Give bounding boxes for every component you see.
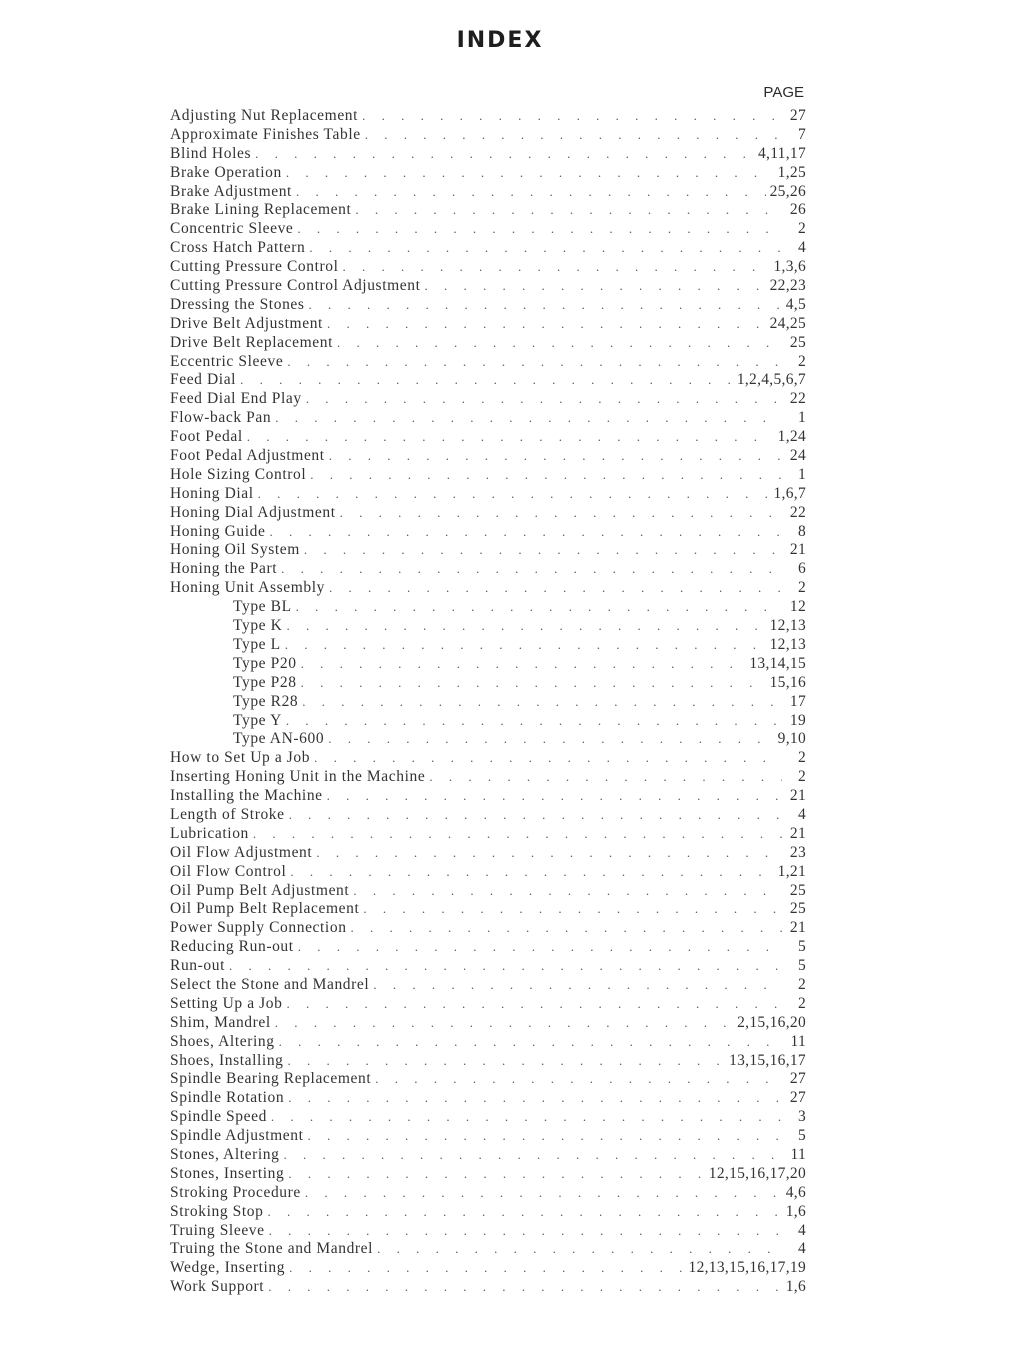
entry-page-numbers: 25	[782, 900, 806, 919]
entry-label: Cross Hatch Pattern	[170, 239, 309, 258]
entry-page-numbers: 2	[782, 220, 806, 239]
entry-label: Drive Belt Replacement	[170, 334, 337, 353]
index-entry: Eccentric Sleeve2	[170, 353, 806, 372]
entry-label: Lubrication	[170, 825, 253, 844]
dot-leader	[288, 1089, 782, 1108]
dot-leader	[271, 1108, 782, 1127]
entry-label: Honing the Part	[170, 560, 281, 579]
entry-page-numbers: 1,2,4,5,6,7	[733, 371, 806, 390]
dot-leader	[302, 693, 782, 712]
dot-leader	[355, 201, 782, 220]
entry-page-numbers: 12,13	[766, 617, 806, 636]
dot-leader	[328, 730, 773, 749]
dot-leader	[281, 560, 782, 579]
dot-leader	[288, 1165, 704, 1184]
entry-page-numbers: 25,26	[766, 183, 806, 202]
index-entry: Honing Guide8	[170, 523, 806, 542]
index-entry: Brake Adjustment25,26	[170, 183, 806, 202]
entry-label: Type P20	[170, 655, 301, 674]
dot-leader	[287, 995, 783, 1014]
dot-leader	[258, 485, 770, 504]
index-entry: Spindle Adjustment5	[170, 1127, 806, 1146]
entry-page-numbers: 4,11,17	[754, 145, 806, 164]
entry-page-numbers: 8	[782, 523, 806, 542]
dot-leader	[286, 164, 774, 183]
dot-leader	[327, 787, 782, 806]
index-entry: Honing Dial Adjustment22	[170, 504, 806, 523]
entry-page-numbers: 22,23	[766, 277, 806, 296]
entry-page-numbers: 12,13,15,16,17,19	[685, 1259, 806, 1278]
index-entries-list: Adjusting Nut Replacement27Approximate F…	[170, 107, 806, 1297]
index-entry: Stroking Stop1,6	[170, 1203, 806, 1222]
entry-page-numbers: 1,6	[782, 1278, 806, 1297]
entry-page-numbers: 9,10	[774, 730, 806, 749]
entry-page-numbers: 17	[782, 693, 806, 712]
index-entry: Length of Stroke4	[170, 806, 806, 825]
entry-label: Cutting Pressure Control Adjustment	[170, 277, 425, 296]
entry-page-numbers: 27	[782, 107, 806, 126]
index-entry: Brake Operation1,25	[170, 164, 806, 183]
page-column-header: PAGE	[740, 84, 804, 101]
entry-page-numbers: 2	[782, 353, 806, 372]
entry-page-numbers: 19	[782, 712, 806, 731]
entry-label: Truing the Stone and Mandrel	[170, 1240, 377, 1259]
entry-label: Stroking Stop	[170, 1203, 268, 1222]
dot-leader	[287, 353, 782, 372]
entry-label: Shoes, Installing	[170, 1052, 288, 1071]
dot-leader	[309, 296, 782, 315]
index-subentry: Type R2817	[170, 693, 806, 712]
index-entry: Concentric Sleeve2	[170, 220, 806, 239]
entry-page-numbers: 27	[782, 1070, 806, 1089]
dot-leader	[329, 447, 782, 466]
entry-label: Shoes, Altering	[170, 1033, 279, 1052]
dot-leader	[275, 409, 782, 428]
index-entry: Honing the Part6	[170, 560, 806, 579]
entry-label: Oil Flow Adjustment	[170, 844, 316, 863]
dot-leader	[255, 145, 754, 164]
index-entry: Blind Holes4,11,17	[170, 145, 806, 164]
index-entry: Shoes, Installing13,15,16,17	[170, 1052, 806, 1071]
index-entry: Oil Flow Adjustment23	[170, 844, 806, 863]
entry-label: Honing Guide	[170, 523, 269, 542]
index-entry: Spindle Rotation27	[170, 1089, 806, 1108]
index-entry: Honing Dial1,6,7	[170, 485, 806, 504]
dot-leader	[353, 882, 782, 901]
dot-leader	[310, 466, 782, 485]
index-subentry: Type P2815,16	[170, 674, 806, 693]
index-entry: Cross Hatch Pattern4	[170, 239, 806, 258]
entry-label: Stroking Procedure	[170, 1184, 305, 1203]
entry-page-numbers: 27	[782, 1089, 806, 1108]
entry-label: Flow-back Pan	[170, 409, 275, 428]
index-entry: Cutting Pressure Control1,3,6	[170, 258, 806, 277]
entry-label: Eccentric Sleeve	[170, 353, 287, 372]
index-entry: Stones, Inserting12,15,16,17,20	[170, 1165, 806, 1184]
dot-leader	[425, 277, 766, 296]
entry-page-numbers: 4,6	[782, 1184, 806, 1203]
index-entry: Stones, Altering11	[170, 1146, 806, 1165]
entry-page-numbers: 1,6,7	[770, 485, 807, 504]
entry-page-numbers: 12,13	[766, 636, 806, 655]
index-entry: Power Supply Connection21	[170, 919, 806, 938]
entry-label: Oil Flow Control	[170, 863, 290, 882]
entry-page-numbers: 21	[782, 825, 806, 844]
entry-page-numbers: 4	[782, 1222, 806, 1241]
index-entry: Cutting Pressure Control Adjustment22,23	[170, 277, 806, 296]
entry-label: Spindle Speed	[170, 1108, 271, 1127]
entry-label: Honing Unit Assembly	[170, 579, 329, 598]
index-entry: How to Set Up a Job2	[170, 749, 806, 768]
dot-leader	[269, 523, 782, 542]
entry-label: Honing Dial	[170, 485, 258, 504]
entry-page-numbers: 13,14,15	[745, 655, 806, 674]
entry-page-numbers: 2	[782, 749, 806, 768]
entry-label: Run-out	[170, 957, 229, 976]
index-entry: Dressing the Stones4,5	[170, 296, 806, 315]
entry-page-numbers: 21	[782, 919, 806, 938]
index-entry: Adjusting Nut Replacement27	[170, 107, 806, 126]
entry-label: Inserting Honing Unit in the Machine	[170, 768, 429, 787]
entry-label: Oil Pump Belt Replacement	[170, 900, 363, 919]
entry-label: Stones, Inserting	[170, 1165, 288, 1184]
dot-leader	[308, 1127, 782, 1146]
entry-label: Adjusting Nut Replacement	[170, 107, 362, 126]
entry-label: Power Supply Connection	[170, 919, 351, 938]
entry-page-numbers: 25	[782, 882, 806, 901]
entry-label: Honing Dial Adjustment	[170, 504, 340, 523]
dot-leader	[286, 617, 765, 636]
dot-leader	[329, 579, 782, 598]
index-entry: Spindle Bearing Replacement27	[170, 1070, 806, 1089]
entry-page-numbers: 11	[782, 1033, 806, 1052]
index-entry: Hole Sizing Control1	[170, 466, 806, 485]
entry-label: Stones, Altering	[170, 1146, 284, 1165]
entry-label: Approximate Finishes Table	[170, 126, 365, 145]
entry-label: Type R28	[170, 693, 302, 712]
entry-page-numbers: 1	[782, 466, 806, 485]
dot-leader	[284, 1146, 783, 1165]
dot-leader	[268, 1203, 782, 1222]
dot-leader	[365, 126, 782, 145]
entry-page-numbers: 2	[782, 976, 806, 995]
entry-page-numbers: 2	[782, 579, 806, 598]
entry-label: Reducing Run-out	[170, 938, 298, 957]
dot-leader	[247, 428, 774, 447]
dot-leader	[306, 390, 782, 409]
index-entry: Shoes, Altering11	[170, 1033, 806, 1052]
index-subentry: Type AN-6009,10	[170, 730, 806, 749]
dot-leader	[343, 258, 770, 277]
dot-leader	[309, 239, 782, 258]
entry-page-numbers: 4,5	[782, 296, 806, 315]
index-entry: Drive Belt Adjustment24,25	[170, 315, 806, 334]
index-entry: Wedge, Inserting12,13,15,16,17,19	[170, 1259, 806, 1278]
index-entry: Oil Pump Belt Adjustment25	[170, 882, 806, 901]
entry-page-numbers: 2	[782, 768, 806, 787]
dot-leader	[429, 768, 782, 787]
dot-leader	[289, 806, 782, 825]
index-entry: Work Support1,6	[170, 1278, 806, 1297]
index-entry: Oil Flow Control1,21	[170, 863, 806, 882]
entry-label: Type L	[170, 636, 285, 655]
entry-page-numbers: 1,3,6	[770, 258, 807, 277]
dot-leader	[275, 1014, 733, 1033]
index-entry: Stroking Procedure4,6	[170, 1184, 806, 1203]
entry-label: Setting Up a Job	[170, 995, 287, 1014]
index-entry: Setting Up a Job2	[170, 995, 806, 1014]
entry-page-numbers: 1,25	[774, 164, 806, 183]
dot-leader	[362, 107, 782, 126]
index-entry: Foot Pedal Adjustment24	[170, 447, 806, 466]
entry-label: Type P28	[170, 674, 301, 693]
dot-leader	[316, 844, 782, 863]
index-subentry: Type BL12	[170, 598, 806, 617]
index-entry: Approximate Finishes Table7	[170, 126, 806, 145]
entry-label: Work Support	[170, 1278, 268, 1297]
dot-leader	[314, 749, 782, 768]
index-entry: Flow-back Pan1	[170, 409, 806, 428]
dot-leader	[286, 712, 782, 731]
dot-leader	[377, 1240, 782, 1259]
entry-label: Type K	[170, 617, 286, 636]
entry-label: Concentric Sleeve	[170, 220, 297, 239]
entry-page-numbers: 1,21	[774, 863, 806, 882]
entry-label: Foot Pedal	[170, 428, 247, 447]
entry-page-numbers: 2	[782, 995, 806, 1014]
entry-page-numbers: 5	[782, 957, 806, 976]
dot-leader	[305, 1184, 782, 1203]
index-subentry: Type K12,13	[170, 617, 806, 636]
dot-leader	[296, 598, 782, 617]
entry-label: Foot Pedal Adjustment	[170, 447, 329, 466]
entry-page-numbers: 5	[782, 1127, 806, 1146]
index-entry: Truing the Stone and Mandrel4	[170, 1240, 806, 1259]
dot-leader	[301, 674, 766, 693]
entry-label: Hole Sizing Control	[170, 466, 310, 485]
entry-label: Truing Sleeve	[170, 1222, 269, 1241]
entry-page-numbers: 3	[782, 1108, 806, 1127]
entry-label: Length of Stroke	[170, 806, 289, 825]
dot-leader	[304, 541, 782, 560]
entry-page-numbers: 23	[782, 844, 806, 863]
index-entry: Honing Oil System21	[170, 541, 806, 560]
index-entry: Honing Unit Assembly2	[170, 579, 806, 598]
entry-label: Cutting Pressure Control	[170, 258, 343, 277]
entry-page-numbers: 15,16	[766, 674, 806, 693]
entry-page-numbers: 4	[782, 239, 806, 258]
entry-page-numbers: 22	[782, 390, 806, 409]
entry-page-numbers: 13,15,16,17	[725, 1052, 806, 1071]
index-entry: Spindle Speed3	[170, 1108, 806, 1127]
entry-page-numbers: 4	[782, 1240, 806, 1259]
index-entry: Foot Pedal1,24	[170, 428, 806, 447]
dot-leader	[375, 1070, 782, 1089]
index-entry: Run-out5	[170, 957, 806, 976]
entry-page-numbers: 2,15,16,20	[733, 1014, 806, 1033]
entry-label: Brake Lining Replacement	[170, 201, 355, 220]
dot-leader	[296, 183, 766, 202]
dot-leader	[337, 334, 782, 353]
index-subentry: Type L12,13	[170, 636, 806, 655]
dot-leader	[327, 315, 766, 334]
entry-label: Installing the Machine	[170, 787, 327, 806]
index-entry: Feed Dial End Play22	[170, 390, 806, 409]
dot-leader	[268, 1278, 782, 1297]
entry-page-numbers: 21	[782, 541, 806, 560]
dot-leader	[240, 371, 733, 390]
entry-label: Shim, Mandrel	[170, 1014, 275, 1033]
index-subentry: Type Y19	[170, 712, 806, 731]
index-entry: Drive Belt Replacement25	[170, 334, 806, 353]
entry-page-numbers: 7	[782, 126, 806, 145]
entry-page-numbers: 25	[782, 334, 806, 353]
entry-label: Blind Holes	[170, 145, 255, 164]
dot-leader	[301, 655, 746, 674]
entry-label: Brake Operation	[170, 164, 286, 183]
entry-label: Spindle Bearing Replacement	[170, 1070, 375, 1089]
entry-page-numbers: 4	[782, 806, 806, 825]
entry-label: Dressing the Stones	[170, 296, 309, 315]
dot-leader	[290, 863, 773, 882]
entry-label: Feed Dial End Play	[170, 390, 306, 409]
index-entry: Shim, Mandrel2,15,16,20	[170, 1014, 806, 1033]
index-entry: Oil Pump Belt Replacement25	[170, 900, 806, 919]
entry-page-numbers: 12	[782, 598, 806, 617]
index-entry: Truing Sleeve4	[170, 1222, 806, 1241]
dot-leader	[351, 919, 782, 938]
entry-label: Select the Stone and Mandrel	[170, 976, 373, 995]
entry-label: Spindle Rotation	[170, 1089, 288, 1108]
entry-page-numbers: 12,15,16,17,20	[705, 1165, 806, 1184]
dot-leader	[373, 976, 782, 995]
dot-leader	[340, 504, 782, 523]
index-entry: Installing the Machine21	[170, 787, 806, 806]
entry-page-numbers: 11	[782, 1146, 806, 1165]
index-entry: Select the Stone and Mandrel2	[170, 976, 806, 995]
entry-label: Wedge, Inserting	[170, 1259, 289, 1278]
entry-label: Type BL	[170, 598, 296, 617]
index-entry: Inserting Honing Unit in the Machine2	[170, 768, 806, 787]
entry-page-numbers: 24	[782, 447, 806, 466]
dot-leader	[229, 957, 782, 976]
index-entry: Feed Dial1,2,4,5,6,7	[170, 371, 806, 390]
entry-label: Feed Dial	[170, 371, 240, 390]
dot-leader	[285, 636, 766, 655]
entry-page-numbers: 21	[782, 787, 806, 806]
entry-label: Type Y	[170, 712, 286, 731]
entry-page-numbers: 5	[782, 938, 806, 957]
dot-leader	[298, 938, 782, 957]
entry-page-numbers: 1,24	[774, 428, 806, 447]
index-entry: Reducing Run-out5	[170, 938, 806, 957]
page-title: INDEX	[0, 28, 1000, 53]
entry-label: Oil Pump Belt Adjustment	[170, 882, 353, 901]
entry-label: Spindle Adjustment	[170, 1127, 308, 1146]
dot-leader	[269, 1222, 782, 1241]
index-subentry: Type P2013,14,15	[170, 655, 806, 674]
dot-leader	[279, 1033, 782, 1052]
entry-label: Honing Oil System	[170, 541, 304, 560]
index-entry: Brake Lining Replacement26	[170, 201, 806, 220]
dot-leader	[363, 900, 782, 919]
entry-page-numbers: 1	[782, 409, 806, 428]
entry-label: Type AN-600	[170, 730, 328, 749]
dot-leader	[297, 220, 782, 239]
entry-page-numbers: 26	[782, 201, 806, 220]
entry-label: How to Set Up a Job	[170, 749, 314, 768]
entry-label: Brake Adjustment	[170, 183, 296, 202]
entry-page-numbers: 24,25	[766, 315, 806, 334]
dot-leader	[253, 825, 782, 844]
dot-leader	[289, 1259, 684, 1278]
entry-label: Drive Belt Adjustment	[170, 315, 327, 334]
dot-leader	[288, 1052, 726, 1071]
entry-page-numbers: 6	[782, 560, 806, 579]
index-entry: Lubrication21	[170, 825, 806, 844]
entry-page-numbers: 1,6	[782, 1203, 806, 1222]
entry-page-numbers: 22	[782, 504, 806, 523]
